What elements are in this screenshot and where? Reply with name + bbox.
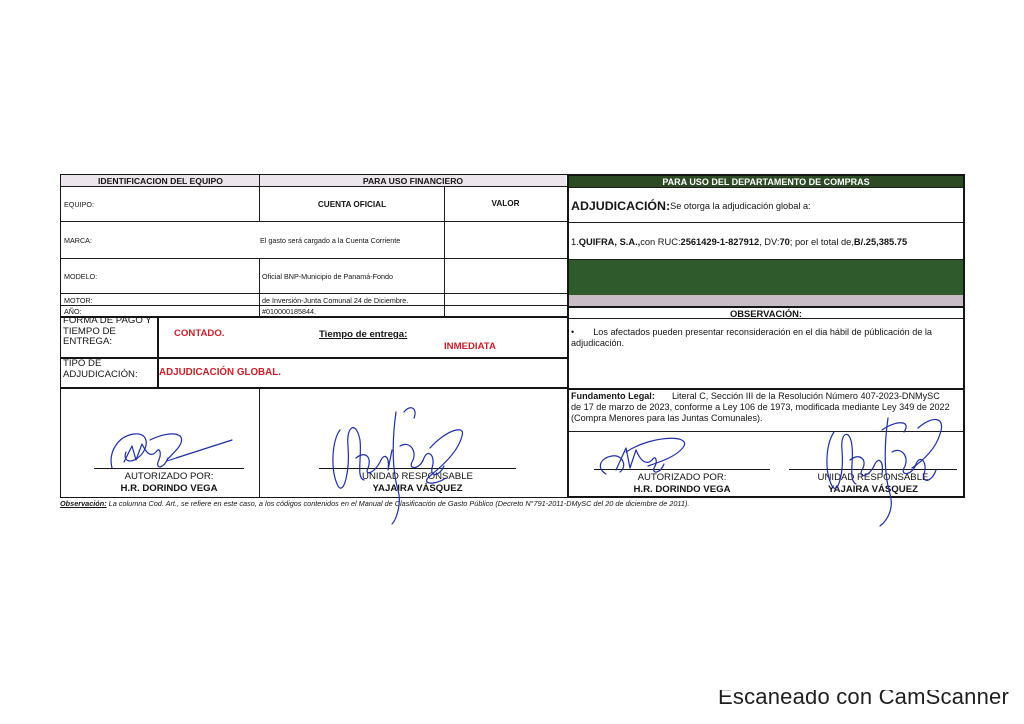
signature-name: YAJAIRA VÁSQUEZ	[789, 484, 957, 495]
watermark-text: Escaneado con CamScanner	[718, 690, 1018, 710]
scanned-document: IDENTIFICACION DEL EQUIPO PARA USO FINAN…	[0, 0, 1024, 724]
tiempo-entrega-label: Tiempo de entrega:	[319, 329, 407, 340]
signature-role: AUTORIZADO POR:	[94, 471, 244, 482]
forma-pago-label: FORMA DE PAGO Y TIEMPO DE ENTREGA:	[61, 316, 157, 357]
observacion-text: • Los afectados pueden presentar reconsi…	[571, 327, 957, 349]
signature-role: AUTORIZADO POR:	[594, 472, 770, 483]
adjudicacion-row: ADJUDICACIÓN: Se otorga la adjudicación …	[571, 188, 961, 223]
divider	[569, 388, 963, 390]
award-company: QUIFRA, S.A.,	[579, 237, 640, 247]
award-line: 1. QUIFRA, S.A., con RUC: 2561429-1-8279…	[571, 223, 963, 260]
award-ruc: 2561429-1-827912	[681, 237, 760, 247]
observacion-body: Los afectados pueden presentar reconside…	[571, 327, 932, 348]
award-total: B/.25,385.75	[854, 237, 907, 247]
cuenta-text-line: Oficial BNP-Municipio de Panamá-Fondo	[260, 259, 444, 294]
signature-name: YAJAIRA VÁSQUEZ	[319, 483, 516, 494]
camscanner-watermark: Escaneado con CamScanner	[718, 690, 1018, 712]
fundamento-legal: Fundamento Legal: Literal C, Sección III…	[571, 391, 951, 424]
forma-pago-value: CONTADO.	[174, 328, 224, 339]
footnote-label: Observación:	[60, 499, 107, 508]
signature-name: H.R. DORINDO VEGA	[594, 484, 770, 495]
signature-line	[319, 468, 516, 469]
field-marca-label: MARCA:	[61, 222, 211, 259]
gray-band	[569, 295, 963, 306]
footnote: Observación: La columna Cod. Art., se re…	[60, 499, 689, 508]
award-dv-label: , DV:	[759, 237, 779, 247]
signature-line	[594, 469, 770, 470]
field-equipo-label: EQUIPO:	[61, 187, 259, 222]
signature-name: H.R. DORINDO VEGA	[94, 483, 244, 494]
award-prefix: 1.	[571, 237, 579, 247]
award-total-label: ; por el total de,	[790, 237, 854, 247]
green-band	[569, 260, 963, 295]
cuenta-text-line: El gasto será cargado a la Cuenta Corrie…	[258, 222, 444, 259]
divider	[569, 431, 963, 432]
signature-role: UNIDAD RESPONSABLE	[789, 472, 957, 483]
adjudicacion-label: ADJUDICACIÓN:	[571, 199, 670, 213]
valor-header: VALOR	[445, 187, 566, 219]
cuenta-text-line: de Inversión-Junta Comunal 24 de Diciemb…	[260, 294, 444, 306]
adjudicacion-text: Se otorga la adjudicación global a:	[670, 201, 810, 211]
compras-table: PARA USO DEL DEPARTAMENTO DE COMPRAS ADJ…	[567, 174, 965, 498]
tiempo-entrega-value: INMEDIATA	[444, 341, 496, 352]
footnote-text: La columna Cod. Art., se refiere en este…	[107, 499, 690, 508]
field-modelo-label: MODELO:	[61, 259, 259, 294]
signature-role: UNIDAD RESPONSABLE	[319, 471, 516, 482]
cuenta-oficial-header: CUENTA OFICIAL	[260, 187, 444, 222]
award-ruc-label: con RUC:	[640, 237, 680, 247]
bullet-icon: •	[571, 327, 574, 337]
cuenta-text-line: #010000185844.	[260, 306, 444, 317]
tipo-adjudicacion-label: TIPO DE ADJUDICACIÓN:	[61, 359, 157, 388]
equipment-finance-table: IDENTIFICACION DEL EQUIPO PARA USO FINAN…	[60, 174, 568, 498]
field-motor-label: MOTOR:	[61, 294, 259, 306]
observacion-header: OBSERVACIÓN:	[569, 307, 963, 319]
tipo-adjudicacion-value: ADJUDICACIÓN GLOBAL.	[159, 367, 281, 378]
award-dv: 70	[779, 237, 789, 247]
signature-line	[94, 468, 244, 469]
divider	[259, 387, 260, 497]
fundamento-label: Fundamento Legal:	[571, 391, 655, 401]
signature-line	[789, 469, 957, 470]
